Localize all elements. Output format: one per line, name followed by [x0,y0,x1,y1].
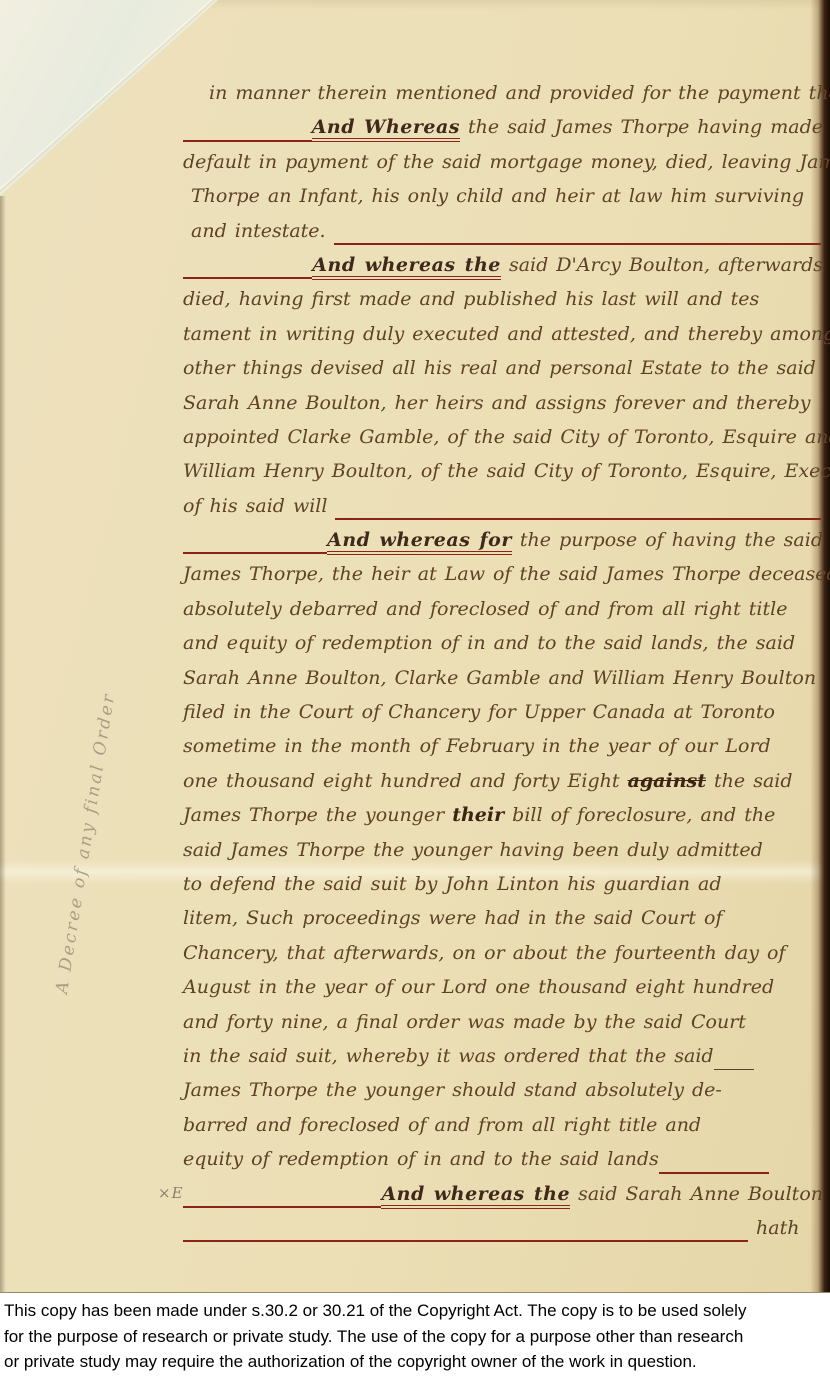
manuscript-line: Sarah Anne Boulton, her heirs and assign… [183,392,823,426]
manuscript-line: in the said suit, whereby it was ordered… [183,1045,823,1079]
ruled-line [334,243,821,245]
ruled-line [183,1206,381,1208]
handwritten-text: equity of redemption of in and to the sa… [183,1148,659,1170]
handwritten-text: other things devised all his real and pe… [183,357,816,379]
handwritten-text: died, having first made and published hi… [183,288,759,310]
copyright-notice: This copy has been made under s.30.2 or … [0,1292,830,1377]
handwritten-text: James Thorpe the younger should stand ab… [183,1079,722,1101]
manuscript-line: litem, Such proceedings were had in the … [183,907,823,941]
ruled-line [659,1172,769,1174]
manuscript-line: James Thorpe the younger their bill of f… [183,804,823,838]
manuscript-line: William Henry Boulton, of the said City … [183,460,823,494]
handwritten-text: and forty nine, a final order was made b… [183,1011,746,1033]
handwritten-text: in manner therein mentioned and provided… [209,82,830,104]
manuscript-line: And whereas for the purpose of having th… [183,529,823,563]
manuscript-line: sometime in the month of February in the… [183,735,823,769]
handwritten-text: appointed Clarke Gamble, of the said Cit… [183,426,830,448]
scanned-document: in manner therein mentioned and provided… [0,0,830,1377]
notice-line-2: for the purpose of research or private s… [4,1324,828,1350]
handwritten-text: bill of foreclosure, and the [504,804,775,826]
handwritten-text: William Henry Boulton, of the said City … [183,460,830,482]
ruled-line [183,552,327,554]
handwritten-text: in the said suit, whereby it was ordered… [183,1045,714,1067]
whereas-heading: And whereas the [312,254,501,280]
handwritten-text: Chancery, that afterwards, on or about t… [183,942,786,964]
paper-left-edge [0,196,6,1292]
whereas-heading: And whereas for [327,529,512,555]
manuscript-line: said James Thorpe the younger having bee… [183,839,823,873]
manuscript-line: hath [183,1217,823,1251]
manuscript-line: August in the year of our Lord one thous… [183,976,823,1010]
handwritten-text: filed in the Court of Chancery for Upper… [183,701,775,723]
manuscript-line: And whereas the said Sarah Anne Boulton [183,1183,823,1217]
handwritten-text: litem, Such proceedings were had in the … [183,907,723,929]
manuscript-line: default in payment of the said mortgage … [183,151,823,185]
manuscript-line: barred and foreclosed of and from all ri… [183,1114,823,1148]
manuscript-lines: in manner therein mentioned and provided… [183,82,823,1251]
ruled-line [714,1069,754,1070]
handwritten-text: and equity of redemption of in and to th… [183,632,795,654]
paper-sheet: in manner therein mentioned and provided… [0,0,830,1292]
handwritten-text: said James Thorpe the younger having bee… [183,839,763,861]
manuscript-line: to defend the said suit by John Linton h… [183,873,823,907]
margin-note: A Decree of any final Order [52,567,139,995]
handwritten-text: tament in writing duly executed and atte… [183,323,830,345]
handwritten-text: to defend the said suit by John Linton h… [183,873,722,895]
manuscript-line: tament in writing duly executed and atte… [183,323,823,357]
whereas-heading: And whereas the [381,1183,570,1209]
handwritten-text: absolutely debarred and foreclosed of an… [183,598,787,620]
ruled-line [183,277,312,279]
handwritten-text: said Sarah Anne Boulton [570,1183,823,1205]
handwritten-text: sometime in the month of February in the… [183,735,771,757]
manuscript-line: one thousand eight hundred and forty Eig… [183,770,823,804]
manuscript-line: and equity of redemption of in and to th… [183,632,823,666]
manuscript-line: absolutely debarred and foreclosed of an… [183,598,823,632]
handwritten-text: said D'Arcy Boulton, afterwards [501,254,823,276]
whereas-heading: And Whereas [312,116,460,142]
handwritten-text: the said [706,770,793,792]
notice-line-3: or private study may require the authori… [4,1349,828,1375]
manuscript-line: James Thorpe, the heir at Law of the sai… [183,563,823,597]
manuscript-line: Chancery, that afterwards, on or about t… [183,942,823,976]
handwritten-text: and intestate. [191,220,326,242]
handwritten-text: of his said will [183,495,327,517]
pencil-mark: ×E [158,1184,184,1202]
handwritten-text: Sarah Anne Boulton, Clarke Gamble and Wi… [183,667,816,689]
handwritten-text: one thousand eight hundred and forty Eig… [183,770,628,792]
notice-line-1: This copy has been made under s.30.2 or … [4,1298,828,1324]
manuscript-line: and intestate. [183,220,823,254]
manuscript-line: of his said will [183,495,823,529]
manuscript-line: died, having first made and published hi… [183,288,823,322]
manuscript-line: other things devised all his real and pe… [183,357,823,391]
handwritten-text: the purpose of having the said [512,529,823,551]
handwritten-text: August in the year of our Lord one thous… [183,976,774,998]
handwritten-text: Thorpe an Infant, his only child and hei… [191,185,804,207]
manuscript-line: And whereas the said D'Arcy Boulton, aft… [183,254,823,288]
manuscript-line: filed in the Court of Chancery for Upper… [183,701,823,735]
manuscript-line: appointed Clarke Gamble, of the said Cit… [183,426,823,460]
ruled-line [183,140,312,142]
manuscript-line: Thorpe an Infant, his only child and hei… [183,185,823,219]
ruled-line [183,1240,748,1242]
manuscript-line: James Thorpe the younger should stand ab… [183,1079,823,1113]
manuscript-line: and forty nine, a final order was made b… [183,1011,823,1045]
manuscript-line: And Whereas the said James Thorpe having… [183,116,823,150]
manuscript-line: Sarah Anne Boulton, Clarke Gamble and Wi… [183,667,823,701]
handwritten-text: Sarah Anne Boulton, her heirs and assign… [183,392,811,414]
corrected-word: their [452,804,504,826]
handwritten-text: default in payment of the said mortgage … [183,151,830,173]
corrected-word: against [628,770,706,792]
handwritten-text: the said James Thorpe having made [460,116,823,138]
handwritten-text: James Thorpe, the heir at Law of the sai… [183,563,830,585]
ruled-line [335,518,821,520]
manuscript-line: equity of redemption of in and to the sa… [183,1148,823,1182]
handwritten-text: hath [748,1217,799,1239]
manuscript-line: in manner therein mentioned and provided… [183,82,823,116]
handwritten-text: James Thorpe the younger [183,804,452,826]
handwritten-text: barred and foreclosed of and from all ri… [183,1114,701,1136]
